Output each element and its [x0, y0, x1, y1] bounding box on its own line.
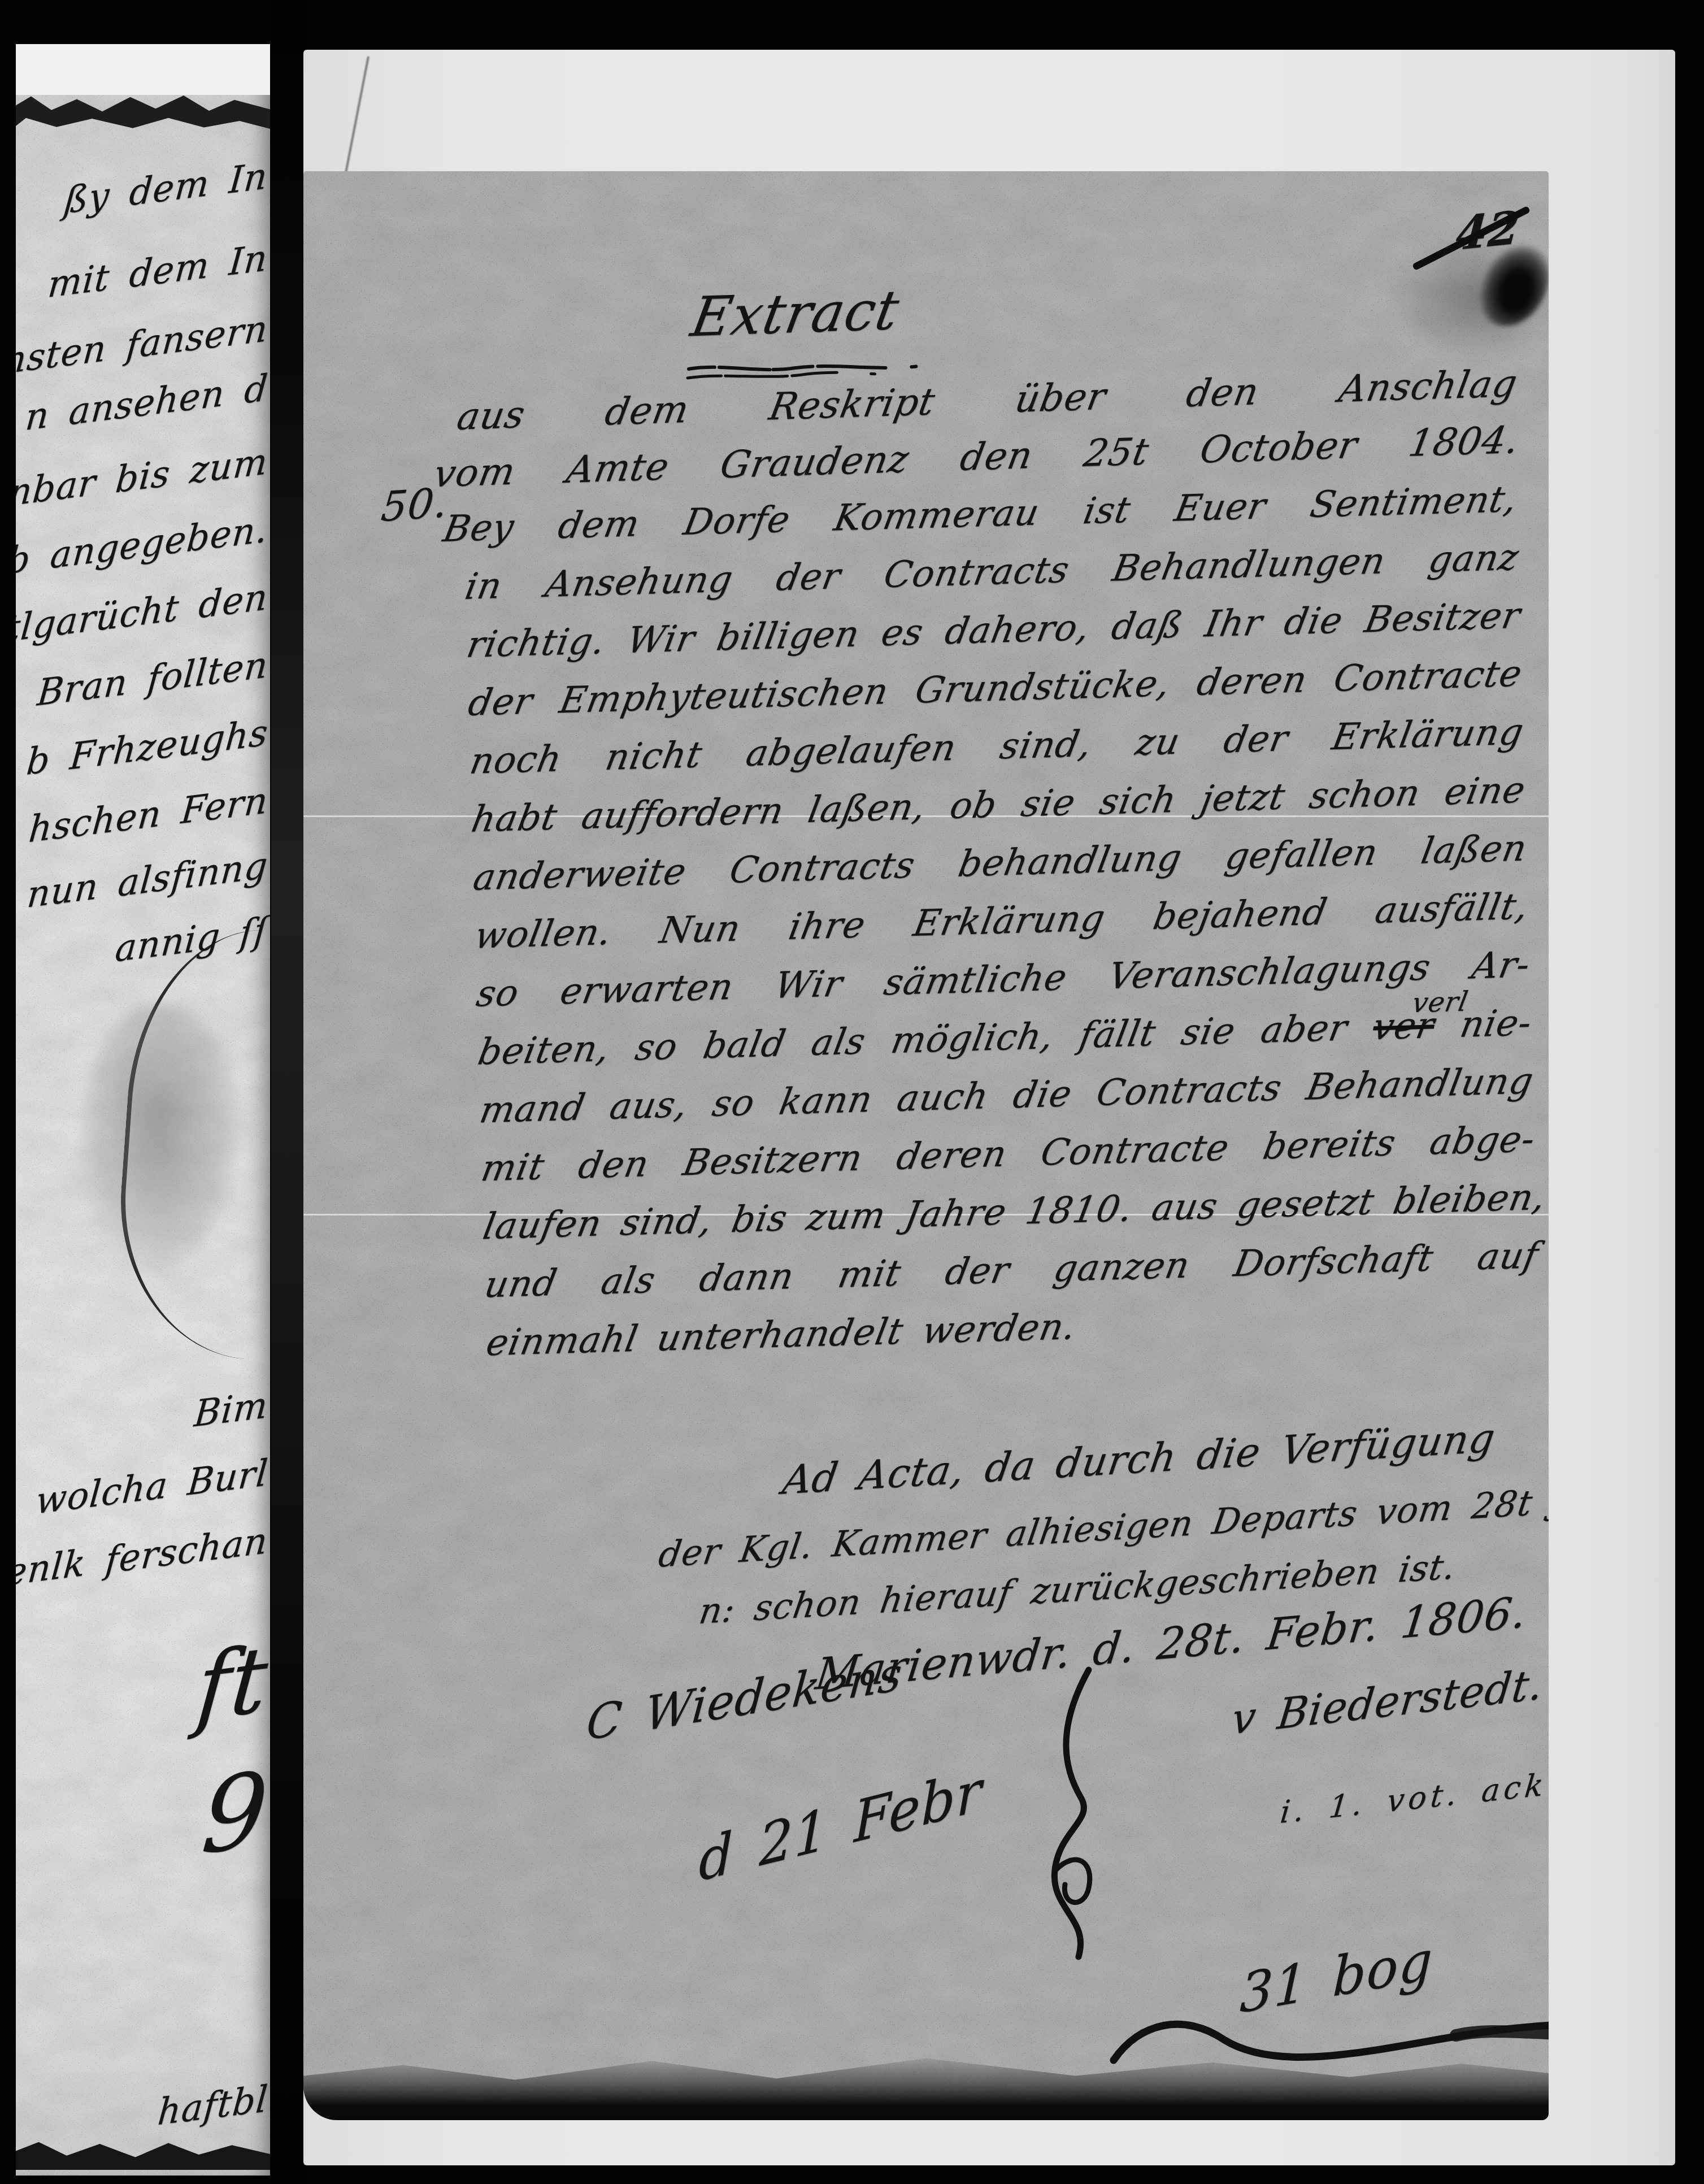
left-page-text-fragment: Bim [192, 1384, 269, 1435]
left-page-torn-edge [16, 93, 270, 129]
left-page-flourish: ft [193, 1625, 270, 1742]
left-page-top-edge [16, 44, 270, 95]
left-page-text-fragment: haftbl [156, 2078, 269, 2134]
left-page-text-fragment: Inbar bis zum [16, 440, 269, 516]
signature-right: v Biederstedt. [1229, 1660, 1546, 1744]
left-page-text-fragment: Etlgarücht den [16, 576, 269, 654]
left-page-text-fragment: tenlk ferschan [16, 1519, 269, 1596]
marginal-date-note: d 21 Febr [699, 1758, 983, 1895]
left-page-flourish: 9 [198, 1749, 270, 1878]
left-page-text-fragment: mit dem In [46, 237, 269, 306]
main-page: 42 Extract aus dem Reskript über den Ans… [303, 171, 1549, 2120]
left-page-text-fragment: nun alsfinng [25, 844, 269, 917]
left-page-text-fragment: g, wolcha Burl [16, 1452, 269, 1530]
margin-item-number: 50. [379, 478, 450, 531]
book-scan-photo: ßy dem In mit dem In hnsten fansern n an… [0, 0, 1704, 2184]
binding-gutter [271, 0, 304, 2184]
left-page-text-fragment: Bran follten [35, 644, 269, 714]
page-title: Extract [686, 278, 904, 349]
signature-right-note: i. 1. vot. ack [1279, 1766, 1549, 1831]
signature-left: C Wiedekens [584, 1646, 905, 1751]
left-page-bottom-edge [16, 2138, 270, 2170]
left-page-text-fragment: b Frhzeughs [25, 711, 270, 784]
left-page-text-fragment: hschen Fern [27, 779, 270, 851]
left-page-text-fragment: n ansehen d [24, 367, 270, 439]
left-page-text-fragment: ßy dem In [63, 155, 270, 223]
left-page-text-fragment: b angegeben. [16, 508, 269, 583]
bottom-note-flourish [1106, 1988, 1549, 2073]
signature-flourish [1022, 1663, 1112, 1968]
inserted-word: verl [1410, 988, 1471, 1017]
body-paragraph: Bey dem Dorfe Kommerau ist Euer Sentimen… [443, 471, 1540, 1373]
left-page-edge: ßy dem In mit dem In hnsten fansern n an… [16, 44, 270, 2176]
